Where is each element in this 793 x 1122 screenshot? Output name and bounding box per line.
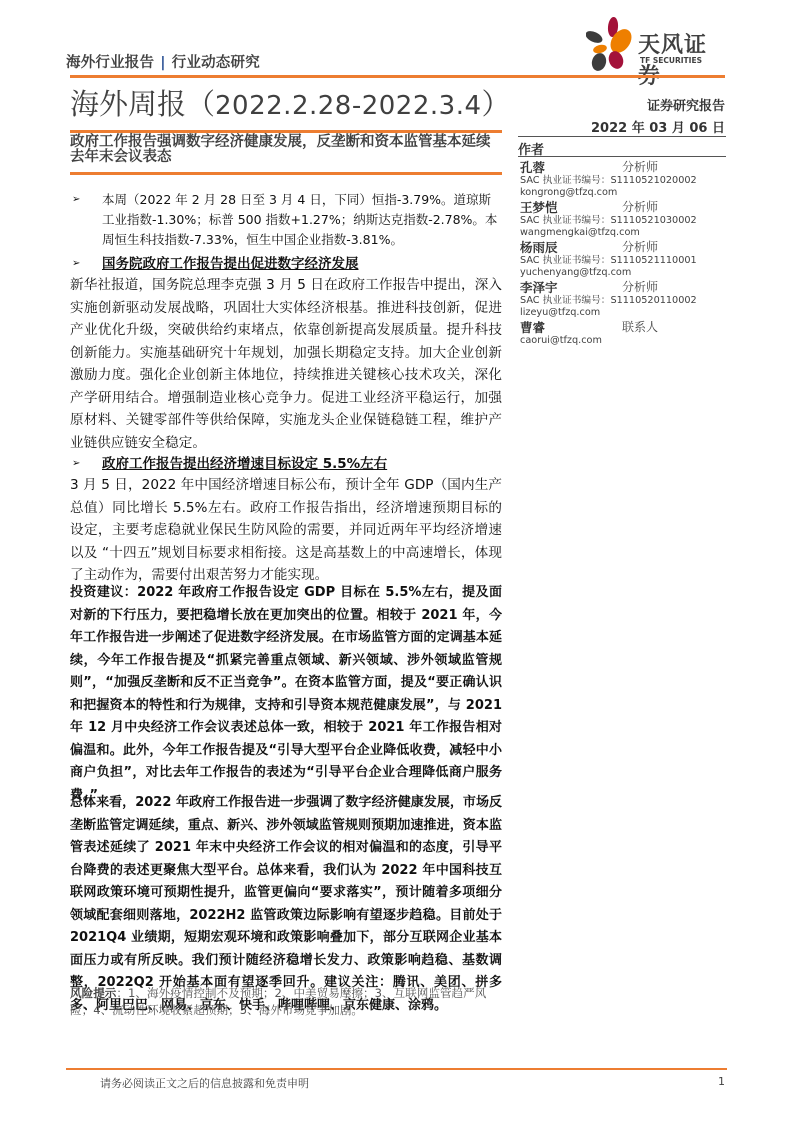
author-role: 分析师: [622, 280, 658, 295]
bullet-arrow-icon: ➢: [70, 454, 102, 474]
author-role: 分析师: [622, 200, 658, 215]
author-email[interactable]: kongrong@tfzq.com: [520, 187, 730, 199]
risk-warning: 风险提示：1、海外疫情控制不及预期；2、中美贸易摩擦；3、互联网监管趋严风险；4…: [70, 985, 502, 1019]
author-sac-number: SAC 执业证书编号：S1110520110002: [520, 295, 730, 307]
author-entry: 曹睿联系人 caorui@tfzq.com: [520, 320, 730, 347]
author-name: 杨雨辰: [520, 240, 622, 255]
subtitle-divider-bottom: [70, 172, 502, 175]
category-label: 海外行业报告: [66, 55, 154, 71]
bullet-arrow-icon: ➢: [70, 254, 102, 274]
footer-divider: [66, 1068, 727, 1070]
report-subtitle: 政府工作报告强调数字经济健康发展，反垄断和资本监管基本延续去年末会议表态: [70, 135, 502, 165]
author-email[interactable]: wangmengkai@tfzq.com: [520, 227, 730, 239]
main-content: ➢ 本周（2022 年 2 月 28 日至 3 月 4 日，下同）恒指-3.79…: [70, 190, 502, 587]
author-name: 曹睿: [520, 320, 622, 335]
author-sac-number: SAC 执业证书编号：S1110521020002: [520, 175, 730, 187]
market-summary: ➢ 本周（2022 年 2 月 28 日至 3 月 4 日，下同）恒指-3.79…: [70, 190, 502, 250]
document-type: 证券研究报告: [647, 95, 725, 114]
author-role: 分析师: [622, 160, 658, 175]
company-logo: 天风证券 TF SECURITIES: [586, 16, 726, 72]
authors-list: 孔蓉分析师 SAC 执业证书编号：S1110521020002 kongrong…: [520, 160, 730, 348]
author-email[interactable]: yuchenyang@tfzq.com: [520, 267, 730, 279]
section1-text: 新华社报道，国务院总理李克强 3 月 5 日在政府工作报告中提出，深入实施创新驱…: [70, 274, 502, 454]
authors-divider-bottom: [518, 156, 726, 157]
subtitle-divider-top: [70, 130, 502, 133]
document-date: 2022 年 03 月 06 日: [591, 117, 725, 136]
section2-heading: 政府工作报告提出经济增速目标设定 5.5%左右: [102, 454, 387, 474]
section1-heading: 国务院政府工作报告提出促进数字经济发展: [102, 254, 359, 274]
authors-divider-top: [518, 136, 726, 137]
author-name: 王梦恺: [520, 200, 622, 215]
logo-text-en: TF SECURITIES: [640, 56, 702, 65]
section2-text: 3 月 5 日，2022 年中国经济增速目标公布，预计全年 GDP（国内生产总值…: [70, 474, 502, 587]
section-heading: ➢ 国务院政府工作报告提出促进数字经济发展: [70, 254, 502, 274]
author-entry: 孔蓉分析师 SAC 执业证书编号：S1110521020002 kongrong…: [520, 160, 730, 199]
author-email[interactable]: lizeyu@tfzq.com: [520, 307, 730, 319]
author-role: 联系人: [622, 320, 658, 335]
overall-view: 总体来看，2022 年政府工作报告进一步强调了数字经济健康发展，市场反垄断监管定…: [70, 792, 502, 1017]
author-entry: 王梦恺分析师 SAC 执业证书编号：S1110521030002 wangmen…: [520, 200, 730, 239]
section-heading: ➢ 政府工作报告提出经济增速目标设定 5.5%左右: [70, 454, 502, 474]
risk-label: 风险提示: [70, 986, 116, 1000]
category-separator: |: [160, 55, 166, 71]
author-name: 孔蓉: [520, 160, 622, 175]
author-entry: 李泽宇分析师 SAC 执业证书编号：S1110520110002 lizeyu@…: [520, 280, 730, 319]
bullet-arrow-icon: ➢: [70, 190, 102, 250]
title-prefix: 海外周报（: [70, 87, 215, 121]
market-summary-text: 本周（2022 年 2 月 28 日至 3 月 4 日，下同）恒指-3.79%。…: [102, 190, 502, 250]
author-entry: 杨雨辰分析师 SAC 执业证书编号：S1110521110001 yucheny…: [520, 240, 730, 279]
title-date-range: 2022.2.28-2022.3.4: [215, 91, 482, 121]
author-sac-number: SAC 执业证书编号：S1110521110001: [520, 255, 730, 267]
author-sac-number: SAC 执业证书编号：S1110521030002: [520, 215, 730, 227]
footer-disclaimer[interactable]: 请务必阅读正文之后的信息披露和免责申明: [100, 1075, 309, 1091]
investment-advice: 投资建议：2022 年政府工作报告设定 GDP 目标在 5.5%左右，提及面对新…: [70, 582, 502, 807]
subcategory-label: 行业动态研究: [172, 55, 260, 71]
author-role: 分析师: [622, 240, 658, 255]
author-email[interactable]: caorui@tfzq.com: [520, 335, 730, 347]
page-number: 1: [718, 1075, 725, 1088]
report-category: 海外行业报告|行业动态研究: [66, 51, 260, 72]
title-suffix: ）: [482, 87, 511, 121]
risk-text: ：1、海外疫情控制不及预期；2、中美贸易摩擦；3、互联网监管趋严风险；4、流动性…: [70, 986, 486, 1017]
header-divider: [70, 75, 725, 78]
tf-securities-flower-logo-icon: [586, 16, 638, 72]
author-name: 李泽宇: [520, 280, 622, 295]
page-title: 海外周报（2022.2.28-2022.3.4）: [70, 82, 511, 123]
